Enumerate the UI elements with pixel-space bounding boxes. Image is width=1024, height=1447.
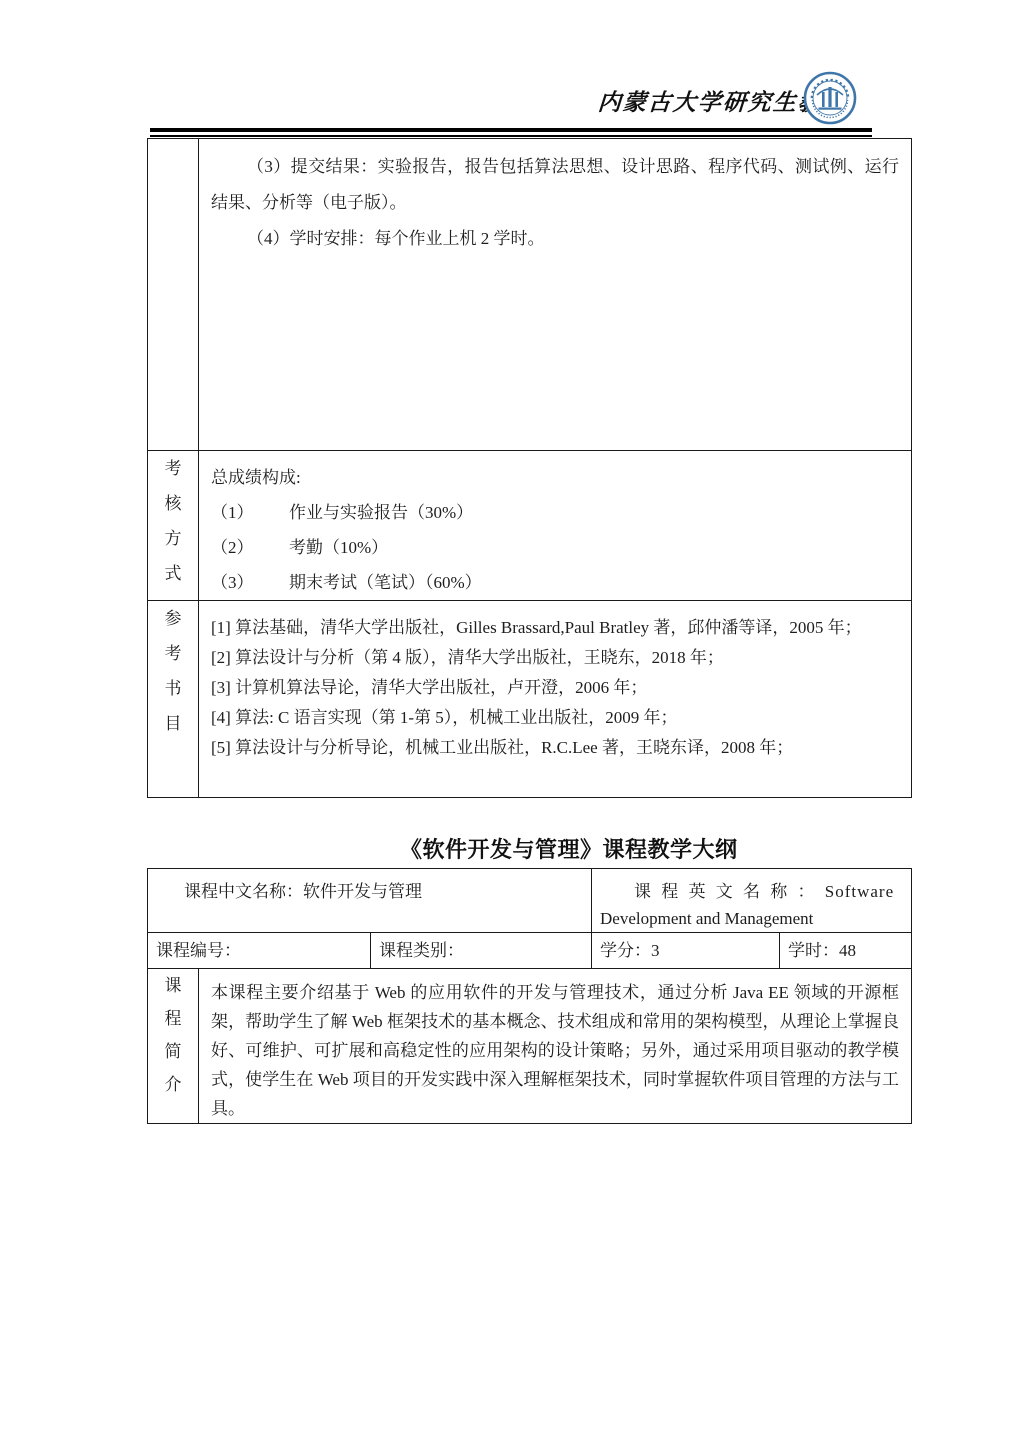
assessment-label-cell: 考核方式: [148, 451, 199, 601]
course-type-cell: 课程类别：: [371, 933, 592, 969]
reference-item: [2] 算法设计与分析（第 4 版），清华大学出版社，王晓东，2018 年；: [211, 643, 899, 673]
reference-item: [5] 算法设计与分析导论，机械工业出版社，R.C.Lee 著，王晓东译，200…: [211, 733, 899, 763]
course-en-name-cell: 课 程 英 文 名 称 ： Software Development and M…: [592, 869, 912, 933]
practice-paragraph-2: （4）学时安排：每个作业上机 2 学时。: [211, 221, 899, 257]
assessment-item-number: （3）: [211, 565, 289, 600]
assessment-row-label: 考核方式: [164, 451, 183, 591]
reference-item: [1] 算法基础，清华大学出版社，Gilles Brassard,Paul Br…: [211, 612, 899, 643]
course-cn-name: 课程中文名称：软件开发与管理: [148, 869, 591, 905]
course-intro-content-cell: 本课程主要介绍基于 Web 的应用软件的开发与管理技术，通过分析 Java EE…: [199, 969, 912, 1124]
course-outline-title: 《软件开发与管理》课程教学大纲: [400, 833, 738, 864]
references-row-label: 参考书目: [164, 601, 183, 741]
assessment-item: （1）作业与实验报告（30%）: [211, 495, 899, 530]
course-hours-cell: 学时：48: [780, 933, 912, 969]
header-divider: [150, 128, 872, 137]
course-en-name-line1: 课 程 英 文 名 称 ： Software: [600, 878, 903, 905]
reference-item: [3] 计算机算法导论，清华大学出版社，卢开澄，2006 年；: [211, 673, 899, 703]
references-content-cell: [1] 算法基础，清华大学出版社，Gilles Brassard,Paul Br…: [199, 601, 912, 798]
assessment-intro: 总成绩构成:: [211, 460, 899, 495]
course-type-label: 课程类别：: [371, 933, 591, 963]
table1-empty-label-cell: [148, 139, 199, 451]
course-intro-row-label: 课程简介: [164, 969, 183, 1101]
assessment-item-text: 作业与实验报告（30%）: [289, 503, 473, 522]
assessment-item-text: 期末考试（笔试）（60%）: [289, 573, 482, 592]
references-label-cell: 参考书目: [148, 601, 199, 798]
university-seal-icon: [803, 71, 857, 125]
assessment-item: （3）期末考试（笔试）（60%）: [211, 565, 899, 600]
course-cn-name-cell: 课程中文名称：软件开发与管理: [148, 869, 592, 933]
practice-paragraph-1: （3）提交结果：实验报告，报告包括算法思想、设计思路、程序代码、测试例、运行结果…: [211, 149, 899, 221]
assessment-content-cell: 总成绩构成: （1）作业与实验报告（30%） （2）考勤（10%） （3）期末考…: [199, 451, 912, 601]
assessment-item-number: （1）: [211, 495, 289, 530]
syllabus-table-1: （3）提交结果：实验报告，报告包括算法思想、设计思路、程序代码、测试例、运行结果…: [147, 138, 912, 798]
document-page: 内蒙古大学研究生教育 （3）提交结果：实验报告，报告包括算法思想、设计思路、程序…: [0, 0, 1024, 1447]
assessment-item-text: 考勤（10%）: [289, 538, 388, 557]
course-hours-value: 学时：48: [780, 933, 911, 963]
assessment-item-number: （2）: [211, 530, 289, 565]
course-credits-value: 学分：3: [592, 933, 779, 963]
reference-item: [4] 算法: C 语言实现（第 1-第 5），机械工业出版社，2009 年；: [211, 703, 899, 733]
course-credits-cell: 学分：3: [592, 933, 780, 969]
course-number-label: 课程编号：: [148, 933, 370, 963]
course-en-name-line2: Development and Management: [600, 905, 903, 932]
course-intro-label-cell: 课程简介: [148, 969, 199, 1124]
assessment-item: （2）考勤（10%）: [211, 530, 899, 565]
syllabus-table-2: 课程中文名称：软件开发与管理 课 程 英 文 名 称 ： Software De…: [147, 868, 912, 1124]
practice-content-cell: （3）提交结果：实验报告，报告包括算法思想、设计思路、程序代码、测试例、运行结果…: [199, 139, 912, 451]
course-number-cell: 课程编号：: [148, 933, 371, 969]
course-intro-text: 本课程主要介绍基于 Web 的应用软件的开发与管理技术，通过分析 Java EE…: [199, 969, 911, 1123]
